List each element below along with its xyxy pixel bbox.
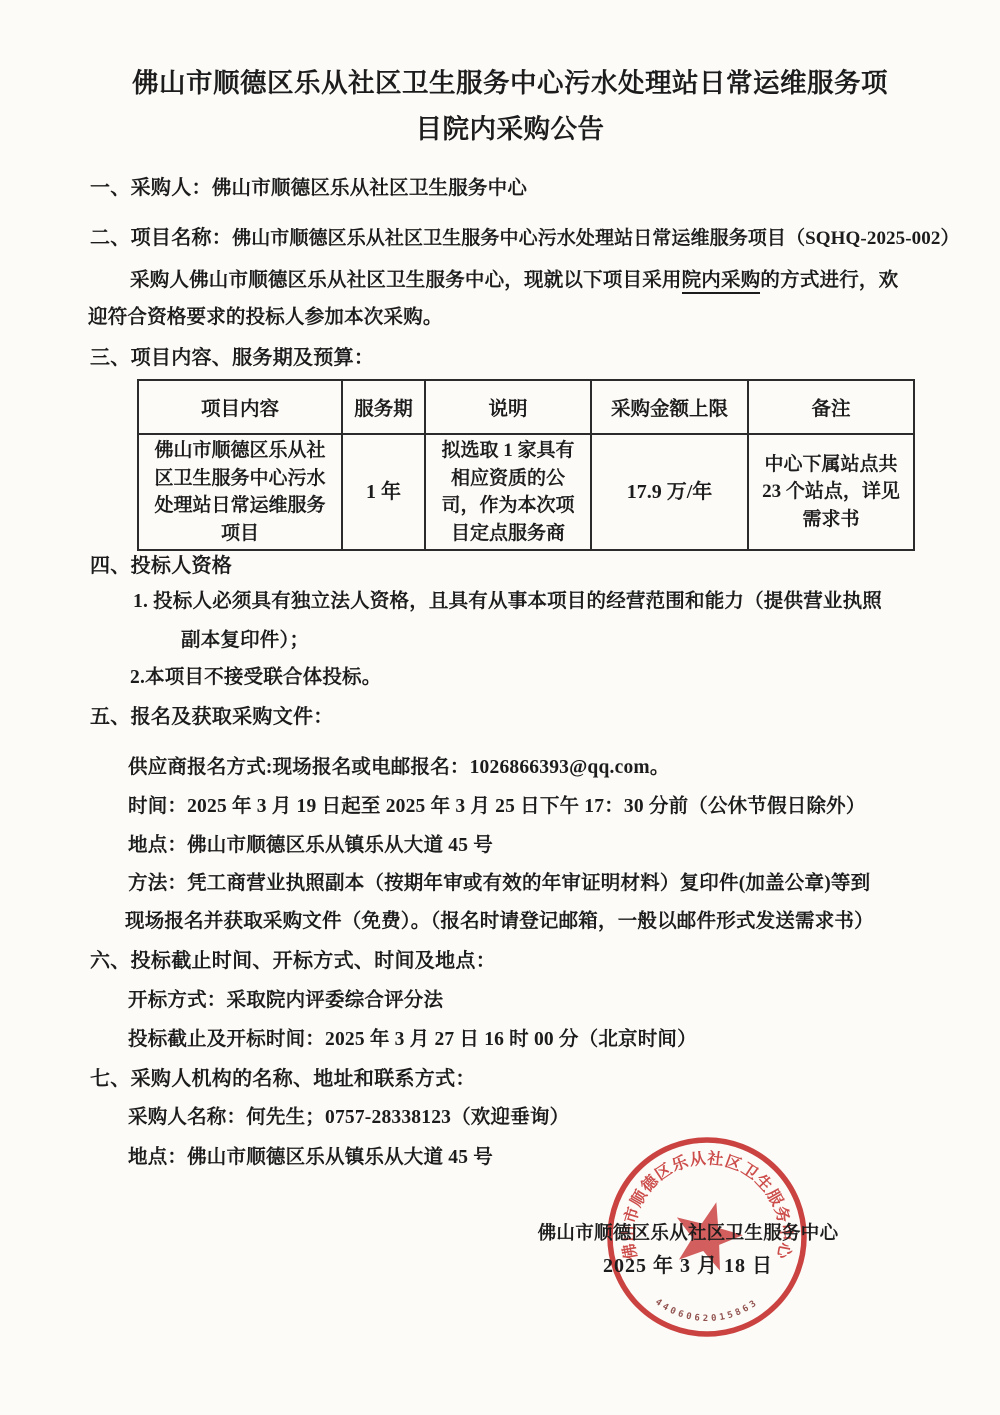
signature-organization: 佛山市顺德区乐从社区卫生服务中心 [388, 1219, 988, 1245]
purchaser-contact-line: 采购人名称：何先生；0757-28338123（欢迎垂询） [128, 1101, 569, 1129]
section-2-project-name: 二、项目名称：佛山市顺德区乐从社区卫生服务中心污水处理站日常运维服务项目（SQH… [90, 221, 960, 250]
section-6-heading: 六、投标截止时间、开标方式、时间及地点： [90, 944, 496, 973]
scanned-procurement-announcement: 佛山市顺德区乐从社区卫生服务中心污水处理站日常运维服务项 目院内采购公告 一、采… [0, 0, 1000, 1415]
section-1-label: 一、采购人： [90, 177, 212, 199]
bidder-qualification-item1-line1: 1. 投标人必须具有独立法人资格，且具有从事本项目的经营范围和能力（提供营业执照 [133, 585, 882, 613]
header-remark: 备注 [748, 380, 914, 434]
document-title-line2: 目院内采购公告 [50, 106, 970, 152]
section-1-purchaser: 一、采购人：佛山市顺德区乐从社区卫生服务中心 [90, 171, 527, 200]
bidder-qualification-item1-line2: 副本复印件）； [181, 624, 309, 652]
section-5-heading: 五、报名及获取采购文件： [90, 700, 334, 729]
section-1-value: 佛山市顺德区乐从社区卫生服务中心 [212, 178, 527, 199]
table-header-row: 项目内容 服务期 说明 采购金额上限 备注 [138, 380, 914, 434]
intro-paragraph-line1: 采购人佛山市顺德区乐从社区卫生服务中心，现就以下项目采用院内采购的方式进行，欢 [130, 264, 898, 292]
cell-project-content: 佛山市顺德区乐从社区卫生服务中心污水处理站日常运维服务项目 [138, 434, 342, 550]
bid-opening-method-line: 开标方式：采取院内评委综合评分法 [128, 984, 443, 1012]
header-description: 说明 [425, 380, 591, 434]
header-service-period: 服务期 [342, 380, 425, 434]
section-4-heading: 四、投标人资格 [90, 549, 232, 578]
document-method-line1: 方法：凭工商营业执照副本（按期年审或有效的年审证明材料）复印件(加盖公章)等到 [128, 867, 870, 895]
section-2-label: 二、项目名称： [90, 227, 232, 249]
purchaser-address-line: 地点：佛山市顺德区乐从镇乐从大道 45 号 [128, 1141, 493, 1169]
document-title: 佛山市顺德区乐从社区卫生服务中心污水处理站日常运维服务项 目院内采购公告 [50, 60, 970, 152]
project-summary-table: 项目内容 服务期 说明 采购金额上限 备注 佛山市顺德区乐从社区卫生服务中心污水… [137, 379, 915, 551]
svg-text:4406062015863: 4406062015863 [653, 1297, 761, 1324]
registration-place-line: 地点：佛山市顺德区乐从镇乐从大道 45 号 [128, 829, 493, 857]
cell-description: 拟选取 1 家具有相应资质的公司，作为本次项目定点服务商 [425, 434, 591, 550]
document-method-line2: 现场报名并获取采购文件（免费）。（报名时请登记邮箱，一般以邮件形式发送需求书） [125, 905, 874, 933]
registration-time-line: 时间：2025 年 3 月 19 日起至 2025 年 3 月 25 日下午 1… [128, 790, 866, 818]
intro-underlined-term: 院内采购 [682, 270, 761, 294]
bid-deadline-line: 投标截止及开标时间：2025 年 3 月 27 日 16 时 00 分（北京时间… [128, 1023, 697, 1051]
header-budget-limit: 采购金额上限 [591, 380, 748, 434]
cell-remark: 中心下属站点共 23 个站点，详见需求书 [748, 434, 914, 550]
intro-text-post: 的方式进行，欢 [760, 270, 898, 291]
intro-text-pre: 采购人佛山市顺德区乐从社区卫生服务中心，现就以下项目采用 [130, 270, 682, 291]
document-title-line1: 佛山市顺德区乐从社区卫生服务中心污水处理站日常运维服务项 [50, 60, 970, 106]
signature-date: 2025 年 3 月 18 日 [388, 1249, 988, 1278]
table-row: 佛山市顺德区乐从社区卫生服务中心污水处理站日常运维服务项目 1 年 拟选取 1 … [138, 434, 914, 550]
registration-method-line: 供应商报名方式:现场报名或电邮报名：1026866393@qq.com。 [128, 751, 670, 779]
section-2-value: 佛山市顺德区乐从社区卫生服务中心污水处理站日常运维服务项目（SQHQ-2025-… [232, 228, 959, 249]
cell-budget-limit: 17.9 万/年 [591, 434, 748, 550]
cell-service-period: 1 年 [342, 434, 425, 550]
bidder-qualification-item2: 2.本项目不接受联合体投标。 [130, 661, 381, 689]
seal-serial-number: 4406062015863 [653, 1297, 761, 1324]
intro-paragraph-line2: 迎符合资格要求的投标人参加本次采购。 [88, 301, 443, 329]
section-3-heading: 三、项目内容、服务期及预算： [90, 341, 374, 370]
section-7-heading: 七、采购人机构的名称、地址和联系方式： [90, 1062, 476, 1091]
header-project-content: 项目内容 [138, 380, 342, 434]
